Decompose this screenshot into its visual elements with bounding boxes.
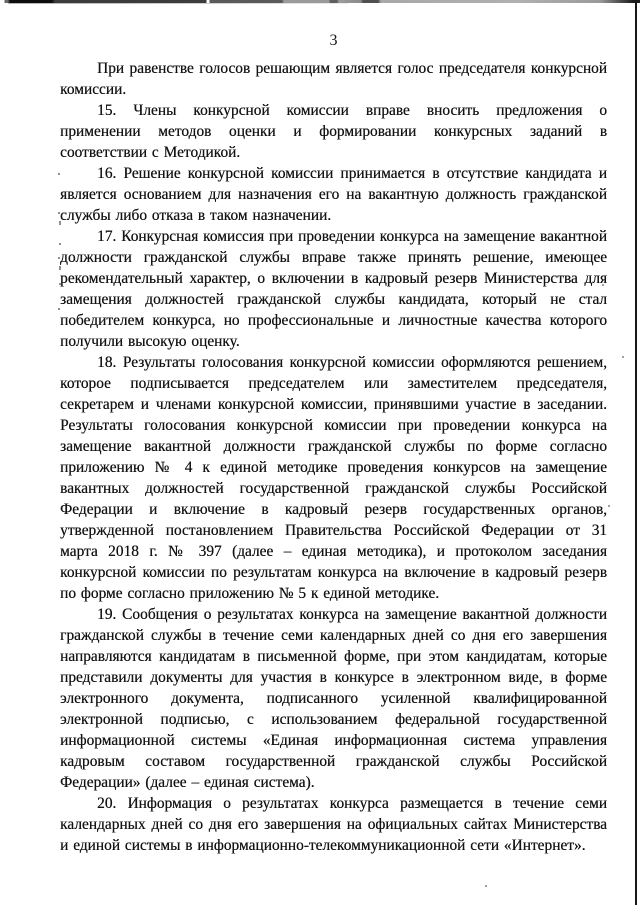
paragraph-item-16: 16. Решение конкурсной комиссии принимае… [60, 163, 607, 226]
paragraph-item-19: 19. Сообщения о результатах конкурса на … [60, 604, 607, 793]
scan-edge-right [635, 2, 637, 905]
paragraph-item-18: 18. Результаты голосования конкурсной ко… [60, 352, 607, 604]
paragraph-item-17: 17. Конкурсная комиссия при проведении к… [60, 226, 607, 352]
paragraph-item-15: 15. Члены конкурсной комиссии вправе вно… [60, 100, 607, 163]
scan-speck [608, 505, 610, 507]
scan-edge-top-shadow [8, 3, 348, 4]
page-number: 3 [60, 30, 607, 51]
document-page: 3 При равенстве голосов решающим являетс… [0, 0, 640, 905]
page-content: 3 При равенстве голосов решающим являетс… [60, 30, 607, 856]
scan-speck [622, 356, 624, 358]
scan-speck [485, 885, 487, 887]
paragraph-item-20: 20. Информация о результатах конкурса ра… [60, 793, 607, 856]
paragraph-voting-tie: При равенстве голосов решающим является … [60, 58, 607, 100]
